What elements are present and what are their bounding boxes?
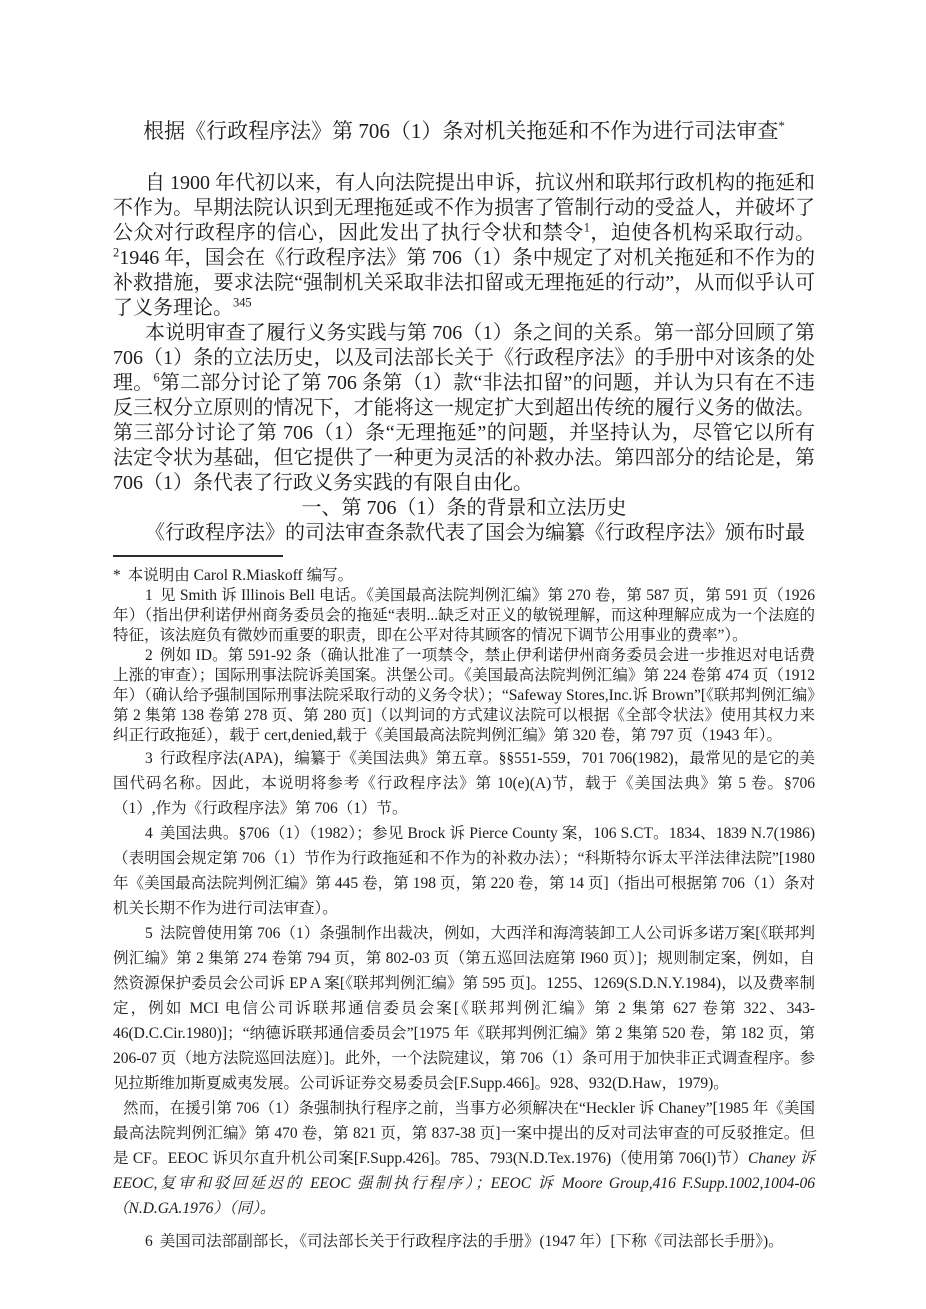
footnotes-section: *本说明由 Carol R.Miaskoff 编写。 1见 Smith 诉 Il… [113,566,815,1254]
footnote-marker: 4 [145,825,153,842]
footnote-text: 法院曾使用第 706（1）条强制作出裁决，例如，大西洋和海湾装卸工人公司诉多诺万… [113,925,815,1092]
footnote-marker: 6 [145,1233,153,1250]
footnote-5: 5法院曾使用第 706（1）条强制作出裁决，例如，大西洋和海湾装卸工人公司诉多诺… [113,921,815,1096]
section-heading: 一、第 706（1）条的背景和立法历史 [113,496,815,521]
footnote-3: 3行政程序法(APA)，编纂于《美国法典》第五章。§§551-559，701 7… [113,746,815,821]
footnote-2: 2例如 ID。第 591-92 条（确认批准了一项禁令，禁止伊利诺伊州商务委员会… [113,646,815,746]
footnote-text: 见 Smith 诉 Illinois Bell 电话。《美国最高法院判例汇编》第… [113,587,815,644]
document-title: 根据《行政程序法》第 706（1）条对机关拖延和不作为进行司法审查* [113,115,815,147]
footnote-text: 本说明由 Carol R.Miaskoff 编写。 [128,567,353,584]
footnote-5-continuation: 然而，在援引第 706（1）条强制执行程序之前，当事方必须解决在“Heckler… [113,1096,815,1221]
document-page: 根据《行政程序法》第 706（1）条对机关拖延和不作为进行司法审查* 自 190… [0,0,926,1309]
footnote-text: 例如 ID。第 591-92 条（确认批准了一项禁令，禁止伊利诺伊州商务委员会进… [113,647,815,744]
footnote-text: 美国司法部副部长，《司法部长关于行政程序法的手册》(1947 年）[下称《司法部… [160,1233,784,1250]
footnote-1: 1见 Smith 诉 Illinois Bell 电话。《美国最高法院判例汇编》… [113,586,815,646]
footnote-marker: 3 [145,750,153,767]
body-paragraph-2: 本说明审查了履行义务实践与第 706（1）条之间的关系。第一部分回顾了第 706… [113,321,815,496]
body-paragraph-3: 《行政程序法》的司法审查条款代表了国会为编纂《行政程序法》颁布时最 [113,521,815,546]
footnote-marker: * [113,567,121,584]
footnote-separator [113,555,283,557]
footnote-6: 6美国司法部副部长，《司法部长关于行政程序法的手册》(1947 年）[下称《司法… [113,1229,815,1254]
footnote-marker: 2 [145,647,153,664]
footnote-text: 然而，在援引第 706（1）条强制执行程序之前，当事方必须解决在“Heckler… [113,1100,815,1217]
body-paragraph-1: 自 1900 年代初以来，有人向法院提出申诉，抗议州和联邦行政机构的拖延和不作为… [113,171,815,321]
footnote-text: 美国法典。§706（1）（1982）；参见 Brock 诉 Pierce Cou… [113,825,815,917]
footnote-4: 4美国法典。§706（1）（1982）；参见 Brock 诉 Pierce Co… [113,821,815,921]
footnote-marker: 1 [145,587,153,604]
footnote-marker: 5 [145,925,153,942]
footnote-text: 行政程序法(APA)，编纂于《美国法典》第五章。§§551-559，701 70… [113,750,815,817]
footnote-star: *本说明由 Carol R.Miaskoff 编写。 [113,566,815,586]
